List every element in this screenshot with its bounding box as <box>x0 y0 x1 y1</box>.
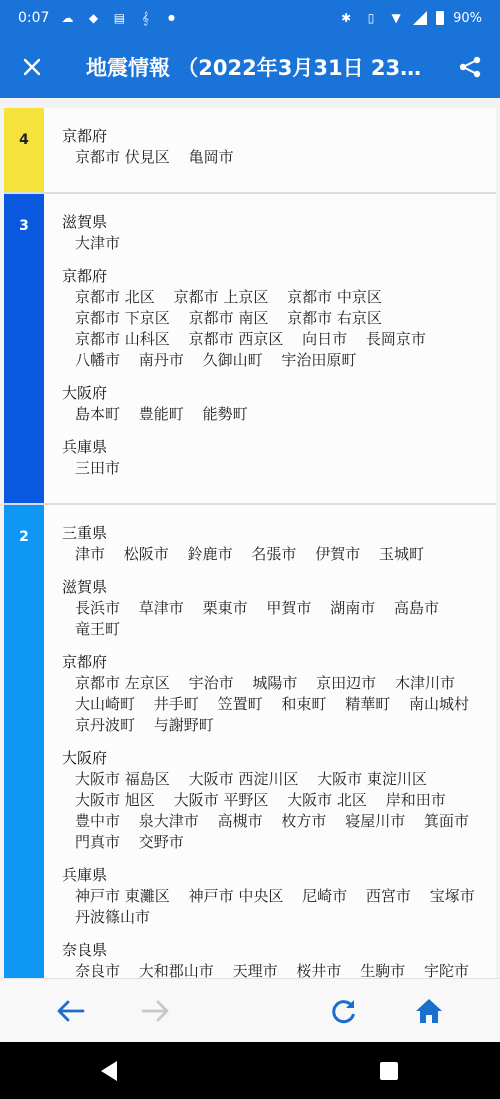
city-list: 三田市 <box>62 458 496 479</box>
city-name: 京都市 山科区 <box>75 330 170 348</box>
home-icon <box>415 998 443 1024</box>
city-name: 交野市 <box>139 833 184 851</box>
forward-button[interactable] <box>134 989 178 1033</box>
city-name: 笠置町 <box>218 695 263 713</box>
d-app-icon: 𝄞 <box>137 11 153 25</box>
city-list: 津市 松阪市 鈴鹿市 名張市 伊賀市 玉城町 <box>62 544 496 565</box>
browser-nav-bar <box>0 978 500 1042</box>
city-name: 豊能町 <box>139 405 184 423</box>
intensity-block-4: 4京都府京都市 伏見区 亀岡市 <box>4 108 496 194</box>
wallet-icon: ▤ <box>111 11 127 25</box>
city-name: 大阪市 西淀川区 <box>189 770 299 788</box>
city-name: 神戸市 中央区 <box>189 887 284 905</box>
city-name: 八幡市 <box>75 351 120 369</box>
home-button[interactable] <box>407 989 451 1033</box>
city-list: 島本町 豊能町 能勢町 <box>62 404 496 425</box>
city-name: 京都市 左京区 <box>75 674 170 692</box>
city-name: 竜王町 <box>75 620 120 638</box>
city-list: 大津市 <box>62 233 496 254</box>
t-app-icon: ◆ <box>85 11 101 25</box>
intensity-badge: 2 <box>4 505 44 978</box>
system-nav-bar <box>0 1042 500 1099</box>
city-name: 京都市 北区 <box>75 288 155 306</box>
prefecture-name: 大阪府 <box>62 748 496 769</box>
intensity-block-3: 3滋賀県大津市 京都府京都市 北区 京都市 上京区 京都市 中京区 京都市 下京… <box>4 194 496 505</box>
city-name: 亀岡市 <box>189 148 234 166</box>
bluetooth-icon: ✱ <box>338 11 354 25</box>
prefecture-group: 大阪府大阪市 福島区 大阪市 西淀川区 大阪市 東淀川区 大阪市 旭区 大阪市 … <box>62 748 496 853</box>
city-name: 大阪市 東淀川区 <box>317 770 427 788</box>
city-name: 井手町 <box>154 695 199 713</box>
system-recents-icon <box>380 1062 398 1080</box>
prefecture-name: 兵庫県 <box>62 437 496 458</box>
system-back-button[interactable] <box>96 1058 122 1084</box>
city-name: 能勢町 <box>203 405 248 423</box>
city-name: 京都市 伏見区 <box>75 148 170 166</box>
city-name: 枚方市 <box>281 812 326 830</box>
prefecture-group: 滋賀県大津市 <box>62 212 496 254</box>
city-name: 京都市 中京区 <box>287 288 382 306</box>
city-name: 泉大津市 <box>139 812 199 830</box>
prefecture-group: 兵庫県三田市 <box>62 437 496 479</box>
city-name: 大津市 <box>75 234 120 252</box>
wifi-icon: ▼ <box>388 11 404 25</box>
city-name: 京都市 南区 <box>189 309 269 327</box>
city-name: 甲賀市 <box>266 599 311 617</box>
city-name: 箕面市 <box>424 812 469 830</box>
city-name: 奈良市 <box>75 962 120 978</box>
intensity-list[interactable]: 4京都府京都市 伏見区 亀岡市 3滋賀県大津市 京都府京都市 北区 京都市 上京… <box>0 98 500 978</box>
city-list: 神戸市 東灘区 神戸市 中央区 尼崎市 西宮市 宝塚市 丹波篠山市 <box>62 886 496 928</box>
city-name: 名張市 <box>251 545 296 563</box>
city-name: 宇陀市 <box>424 962 469 978</box>
city-name: 木津川市 <box>395 674 455 692</box>
city-name: 長岡京市 <box>366 330 426 348</box>
share-icon <box>458 55 482 79</box>
intensity-badge: 3 <box>4 194 44 503</box>
intensity-block-body: 三重県津市 松阪市 鈴鹿市 名張市 伊賀市 玉城町 滋賀県長浜市 草津市 栗東市… <box>44 505 496 978</box>
prefecture-group: 京都府京都市 北区 京都市 上京区 京都市 中京区 京都市 下京区 京都市 南区… <box>62 266 496 371</box>
reload-button[interactable] <box>322 989 366 1033</box>
city-list: 奈良市 大和郡山市 天理市 桜井市 生駒市 宇陀市 山添村 川西町 曽爾村 御杖… <box>62 961 496 978</box>
city-name: 宇治田原町 <box>281 351 356 369</box>
prefecture-name: 奈良県 <box>62 940 496 961</box>
city-name: 京丹波町 <box>75 716 135 734</box>
cloud-icon: ☁ <box>59 11 75 25</box>
prefecture-name: 兵庫県 <box>62 865 496 886</box>
city-name: 西宮市 <box>366 887 411 905</box>
city-name: 大山崎町 <box>75 695 135 713</box>
city-name: 松阪市 <box>124 545 169 563</box>
city-name: 精華町 <box>345 695 390 713</box>
city-name: 豊中市 <box>75 812 120 830</box>
city-name: 向日市 <box>302 330 347 348</box>
city-list: 京都市 左京区 宇治市 城陽市 京田辺市 木津川市 大山崎町 井手町 笠置町 和… <box>62 673 496 736</box>
prefecture-name: 滋賀県 <box>62 577 496 598</box>
prefecture-name: 京都府 <box>62 266 496 287</box>
city-name: 京都市 下京区 <box>75 309 170 327</box>
city-name: 南山城村 <box>409 695 469 713</box>
city-name: 大阪市 平野区 <box>174 791 269 809</box>
back-arrow-icon <box>55 999 85 1023</box>
city-name: 長浜市 <box>75 599 120 617</box>
signal-icon <box>413 11 427 25</box>
app-bar: 地震情報 （2022年3月31日 23… <box>0 36 500 98</box>
city-name: 草津市 <box>139 599 184 617</box>
intensity-block-2: 2三重県津市 松阪市 鈴鹿市 名張市 伊賀市 玉城町 滋賀県長浜市 草津市 栗東… <box>4 505 496 978</box>
prefecture-name: 大阪府 <box>62 383 496 404</box>
city-name: 鈴鹿市 <box>188 545 233 563</box>
city-name: 京田辺市 <box>316 674 376 692</box>
city-name: 岸和田市 <box>386 791 446 809</box>
battery-level: 90% <box>453 11 482 26</box>
city-name: 三田市 <box>75 459 120 477</box>
city-name: 宝塚市 <box>430 887 475 905</box>
city-name: 久御山町 <box>203 351 263 369</box>
intensity-block-body: 京都府京都市 伏見区 亀岡市 <box>44 108 496 192</box>
forward-arrow-icon <box>141 999 171 1023</box>
prefecture-group: 京都府京都市 伏見区 亀岡市 <box>62 126 496 168</box>
close-button[interactable] <box>0 36 64 98</box>
city-name: 寝屋川市 <box>345 812 405 830</box>
city-list: 長浜市 草津市 栗東市 甲賀市 湖南市 高島市 竜王町 <box>62 598 496 640</box>
page-title: 地震情報 （2022年3月31日 23… <box>64 52 440 82</box>
prefecture-group: 京都府京都市 左京区 宇治市 城陽市 京田辺市 木津川市 大山崎町 井手町 笠置… <box>62 652 496 736</box>
city-name: 京都市 上京区 <box>174 288 269 306</box>
clock: 0:07 <box>18 10 49 26</box>
city-name: 宇治市 <box>189 674 234 692</box>
city-name: 桜井市 <box>296 962 341 978</box>
prefecture-name: 滋賀県 <box>62 212 496 233</box>
city-name: 大阪市 北区 <box>287 791 367 809</box>
city-name: 大和郡山市 <box>139 962 214 978</box>
prefecture-name: 京都府 <box>62 126 496 147</box>
city-list: 京都市 伏見区 亀岡市 <box>62 147 496 168</box>
share-button[interactable] <box>440 36 500 98</box>
city-name: 大阪市 旭区 <box>75 791 155 809</box>
prefecture-group: 三重県津市 松阪市 鈴鹿市 名張市 伊賀市 玉城町 <box>62 523 496 565</box>
city-name: 生駒市 <box>360 962 405 978</box>
city-name: 城陽市 <box>252 674 297 692</box>
city-name: 高島市 <box>394 599 439 617</box>
city-name: 栗東市 <box>203 599 248 617</box>
system-recents-button[interactable] <box>376 1058 402 1084</box>
reload-icon <box>330 997 358 1025</box>
city-name: 玉城町 <box>379 545 424 563</box>
city-name: 高槻市 <box>218 812 263 830</box>
city-name: 島本町 <box>75 405 120 423</box>
city-name: 津市 <box>75 545 105 563</box>
city-name: 丹波篠山市 <box>75 908 150 926</box>
city-name: 湖南市 <box>330 599 375 617</box>
intensity-badge: 4 <box>4 108 44 192</box>
close-icon <box>22 57 42 77</box>
prefecture-group: 兵庫県神戸市 東灘区 神戸市 中央区 尼崎市 西宮市 宝塚市 丹波篠山市 <box>62 865 496 928</box>
city-name: 神戸市 東灘区 <box>75 887 170 905</box>
prefecture-name: 三重県 <box>62 523 496 544</box>
dot-icon: ● <box>163 11 179 25</box>
city-list: 京都市 北区 京都市 上京区 京都市 中京区 京都市 下京区 京都市 南区 京都… <box>62 287 496 371</box>
prefecture-group: 滋賀県長浜市 草津市 栗東市 甲賀市 湖南市 高島市 竜王町 <box>62 577 496 640</box>
city-list: 大阪市 福島区 大阪市 西淀川区 大阪市 東淀川区 大阪市 旭区 大阪市 平野区… <box>62 769 496 853</box>
status-bar: 0:07 ☁ ◆ ▤ 𝄞 ● ✱ ▯ ▼ 90% <box>0 0 500 36</box>
system-back-icon <box>99 1060 119 1082</box>
city-name: 尼崎市 <box>302 887 347 905</box>
city-name: 伊賀市 <box>315 545 360 563</box>
city-name: 京都市 西京区 <box>189 330 284 348</box>
city-name: 天理市 <box>233 962 278 978</box>
city-name: 京都市 右京区 <box>287 309 382 327</box>
prefecture-group: 奈良県奈良市 大和郡山市 天理市 桜井市 生駒市 宇陀市 山添村 川西町 曽爾村… <box>62 940 496 978</box>
city-name: 門真市 <box>75 833 120 851</box>
intensity-block-body: 滋賀県大津市 京都府京都市 北区 京都市 上京区 京都市 中京区 京都市 下京区… <box>44 194 496 503</box>
city-name: 大阪市 福島区 <box>75 770 170 788</box>
vibrate-icon: ▯ <box>363 11 379 25</box>
city-name: 与謝野町 <box>154 716 214 734</box>
prefecture-group: 大阪府島本町 豊能町 能勢町 <box>62 383 496 425</box>
city-name: 南丹市 <box>139 351 184 369</box>
city-name: 和束町 <box>281 695 326 713</box>
battery-icon <box>436 11 444 25</box>
back-button[interactable] <box>48 989 92 1033</box>
prefecture-name: 京都府 <box>62 652 496 673</box>
